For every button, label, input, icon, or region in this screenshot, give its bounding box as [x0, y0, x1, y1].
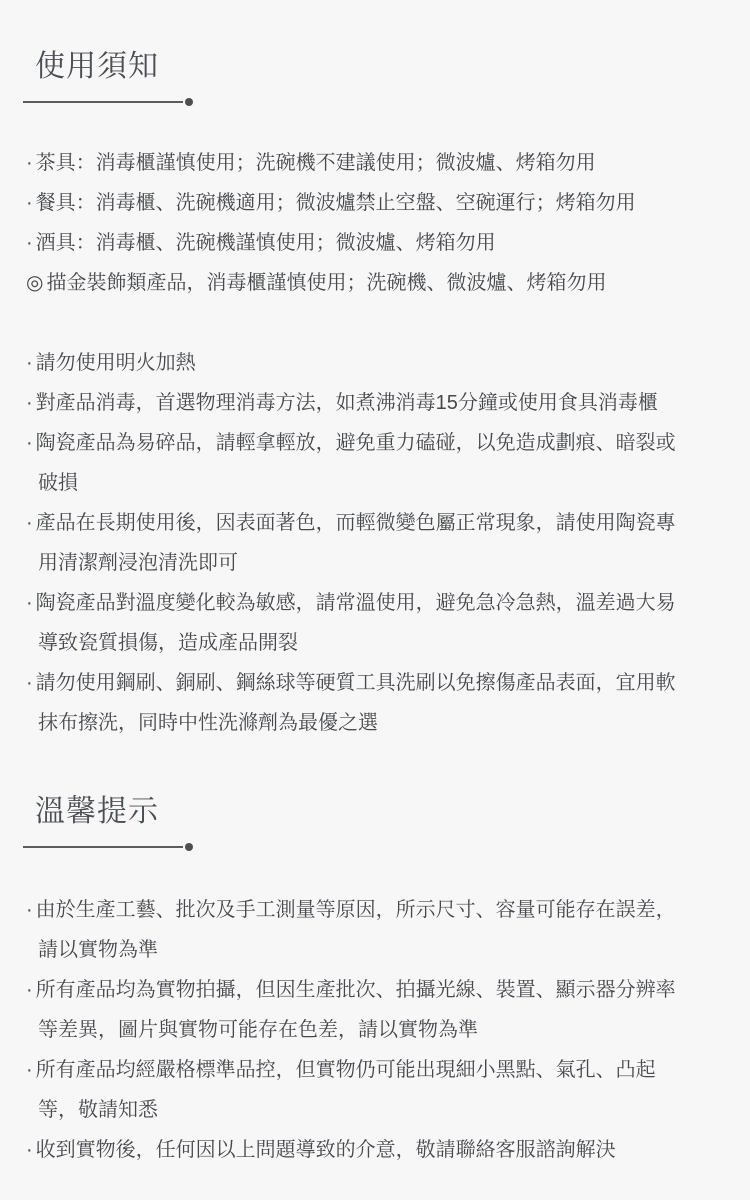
bullet-marker: ·: [26, 1059, 33, 1081]
notice-item: ·所有產品均為實物拍攝，但因生產批次、拍攝光線、裝置、顯示器分辨率等差異，圖片與…: [23, 970, 678, 1050]
notice-text: 描金裝飾類產品，消毒櫃謹慎使用；洗碗機、微波爐、烤箱勿用: [46, 272, 606, 294]
notice-text: 收到實物後，任何因以上問題導致的介意，敬請聯絡客服諮詢解決: [36, 1139, 616, 1161]
notice-text: 產品在長期使用後，因表面著色，而輕微變色屬正常現象，請使用陶瓷專用清潔劑浸泡清洗…: [36, 512, 676, 574]
notice-item: ·請勿使用明火加熱: [23, 343, 678, 383]
usage-section-title: 使用須知: [35, 0, 750, 86]
notice-text: 陶瓷產品為易碎品，請輕拿輕放，避免重力磕碰，以免造成劃痕、暗裂或破損: [36, 432, 676, 494]
notice-item: ·陶瓷產品對溫度變化較為敏感，請常溫使用，避免急冷急熱，溫差過大易導致瓷質損傷，…: [23, 583, 678, 663]
underline-line: [23, 101, 183, 103]
bullet-marker: ·: [26, 352, 33, 374]
bullet-marker: ·: [26, 672, 33, 694]
notice-text: 請勿使用鋼刷、銅刷、鋼絲球等硬質工具洗刷以免擦傷產品表面，宜用軟抹布擦洗，同時中…: [36, 672, 676, 734]
notice-item: ·收到實物後，任何因以上問題導致的介意，敬請聯絡客服諮詢解決: [23, 1130, 678, 1170]
tips-section-title: 溫馨提示: [35, 793, 750, 831]
usage-notice-section: 使用須知 ·茶具：消毒櫃謹慎使用；洗碗機不建議使用；微波爐、烤箱勿用 ·餐具：消…: [0, 0, 750, 743]
notice-text: 所有產品均為實物拍攝，但因生產批次、拍攝光線、裝置、顯示器分辨率等差異，圖片與實…: [36, 979, 676, 1041]
bullet-marker: ·: [26, 432, 33, 454]
bullet-marker: ·: [26, 592, 33, 614]
circle-marker: ◎: [26, 272, 43, 294]
notice-item: ·酒具：消毒櫃、洗碗機謹慎使用；微波爐、烤箱勿用: [23, 223, 678, 263]
bullet-marker: ·: [26, 232, 33, 254]
notice-item: ◎描金裝飾類產品，消毒櫃謹慎使用；洗碗機、微波爐、烤箱勿用: [23, 263, 678, 303]
notice-text: 餐具：消毒櫃、洗碗機適用；微波爐禁止空盤、空碗運行；烤箱勿用: [36, 192, 636, 214]
underline-end-dot: [185, 98, 193, 106]
notice-item: ·請勿使用鋼刷、銅刷、鋼絲球等硬質工具洗刷以免擦傷產品表面，宜用軟抹布擦洗，同時…: [23, 663, 678, 743]
notice-item: ·茶具：消毒櫃謹慎使用；洗碗機不建議使用；微波爐、烤箱勿用: [23, 143, 678, 183]
bullet-marker: ·: [26, 1139, 33, 1161]
tips-notes-list: ·由於生產工藝、批次及手工測量等原因，所示尺寸、容量可能存在誤差，請以實物為準 …: [23, 890, 678, 1170]
notice-text: 請勿使用明火加熱: [36, 352, 196, 374]
appliance-notes-list: ·茶具：消毒櫃謹慎使用；洗碗機不建議使用；微波爐、烤箱勿用 ·餐具：消毒櫃、洗碗…: [23, 143, 678, 303]
bullet-marker: ·: [26, 899, 33, 921]
notice-item: ·所有產品均經嚴格標準品控，但實物仍可能出現細小黑點、氣孔、凸起等，敬請知悉: [23, 1050, 678, 1130]
underline-line: [23, 846, 183, 848]
bullet-marker: ·: [26, 192, 33, 214]
bullet-marker: ·: [26, 979, 33, 1001]
care-notes-list: ·請勿使用明火加熱 ·對產品消毒，首選物理消毒方法，如煮沸消毒15分鐘或使用食具…: [23, 343, 678, 743]
bullet-marker: ·: [26, 152, 33, 174]
notice-text: 酒具：消毒櫃、洗碗機謹慎使用；微波爐、烤箱勿用: [36, 232, 496, 254]
bullet-marker: ·: [26, 392, 33, 414]
bullet-marker: ·: [26, 512, 33, 534]
notice-item: ·對產品消毒，首選物理消毒方法，如煮沸消毒15分鐘或使用食具消毒櫃: [23, 383, 678, 423]
notice-text: 對產品消毒，首選物理消毒方法，如煮沸消毒15分鐘或使用食具消毒櫃: [36, 392, 658, 414]
notice-text: 所有產品均經嚴格標準品控，但實物仍可能出現細小黑點、氣孔、凸起等，敬請知悉: [36, 1059, 656, 1121]
underline-end-dot: [185, 843, 193, 851]
title-underline: [23, 843, 193, 852]
notice-text: 陶瓷產品對溫度變化較為敏感，請常溫使用，避免急冷急熱，溫差過大易導致瓷質損傷，造…: [36, 592, 676, 654]
notice-item: ·餐具：消毒櫃、洗碗機適用；微波爐禁止空盤、空碗運行；烤箱勿用: [23, 183, 678, 223]
notice-text: 由於生產工藝、批次及手工測量等原因，所示尺寸、容量可能存在誤差，請以實物為準: [36, 899, 676, 961]
tips-section: 溫馨提示 ·由於生產工藝、批次及手工測量等原因，所示尺寸、容量可能存在誤差，請以…: [0, 793, 750, 1170]
notice-text: 茶具：消毒櫃謹慎使用；洗碗機不建議使用；微波爐、烤箱勿用: [36, 152, 596, 174]
notice-item: ·產品在長期使用後，因表面著色，而輕微變色屬正常現象，請使用陶瓷專用清潔劑浸泡清…: [23, 503, 678, 583]
notice-item: ·由於生產工藝、批次及手工測量等原因，所示尺寸、容量可能存在誤差，請以實物為準: [23, 890, 678, 970]
notice-item: ·陶瓷產品為易碎品，請輕拿輕放，避免重力磕碰，以免造成劃痕、暗裂或破損: [23, 423, 678, 503]
title-underline: [23, 98, 193, 107]
